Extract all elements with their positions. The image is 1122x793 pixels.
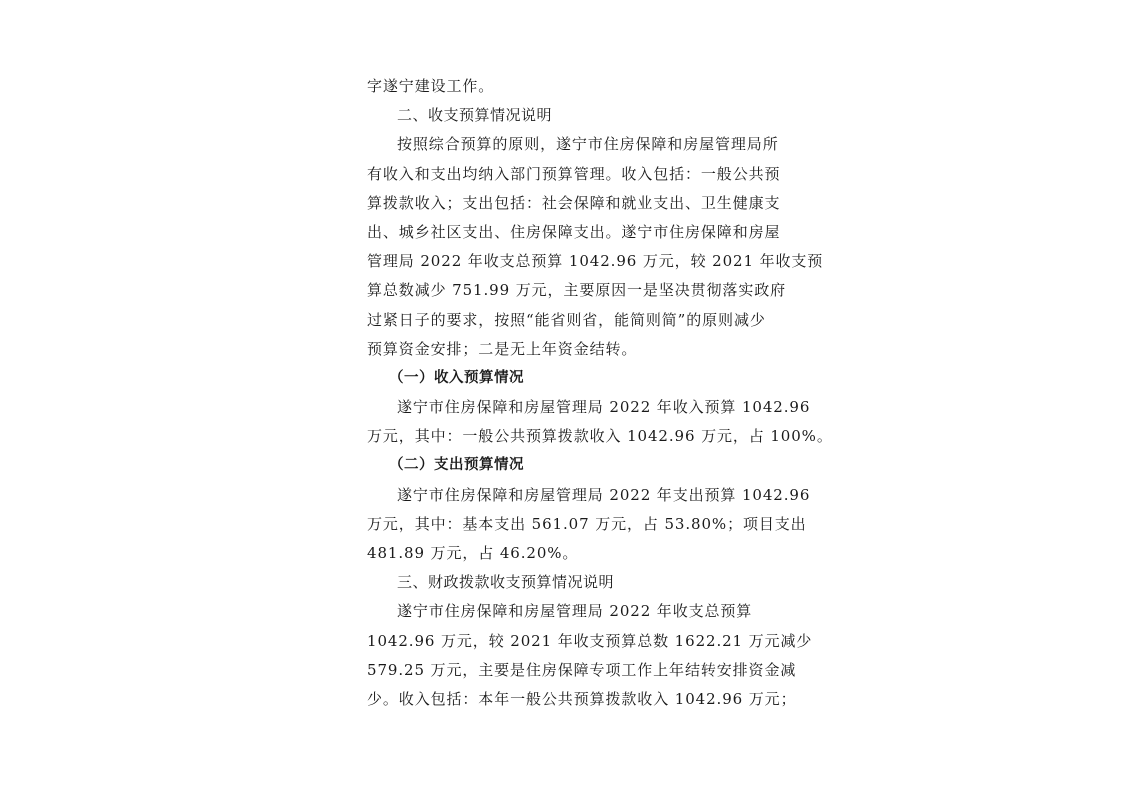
paragraph-line: 有收入和支出均纳入部门预算管理。收入包括：一般公共预 — [367, 160, 759, 189]
paragraph-line: 万元，其中：一般公共预算拨款收入 1042.96 万元，占 100%。 — [367, 422, 759, 451]
paragraph-end-line: 字遂宁建设工作。 — [367, 72, 759, 101]
section-heading-3: 三、财政拨款收支预算情况说明 — [367, 568, 759, 597]
paragraph-line: 过紧日子的要求，按照“能省则省，能简则简”的原则减少 — [367, 306, 759, 335]
paragraph-line: 算总数减少 751.99 万元，主要原因一是坚决贯彻落实政府 — [367, 276, 759, 305]
paragraph-line: 遂宁市住房保障和房屋管理局 2022 年收支总预算 — [367, 597, 759, 626]
paragraph-end-line: 481.89 万元，占 46.20%。 — [367, 539, 759, 568]
paragraph-line: 遂宁市住房保障和房屋管理局 2022 年支出预算 1042.96 — [367, 481, 759, 510]
paragraph-line: 算拨款收入；支出包括：社会保障和就业支出、卫生健康支 — [367, 189, 759, 218]
subsection-heading-income: （一）收入预算情况 — [367, 364, 759, 393]
paragraph-line: 管理局 2022 年收支总预算 1042.96 万元，较 2021 年收支预 — [367, 247, 759, 276]
paragraph-line: 579.25 万元，主要是住房保障专项工作上年结转安排资金减 — [367, 656, 759, 685]
document-page: 字遂宁建设工作。 二、收支预算情况说明 按照综合预算的原则，遂宁市住房保障和房屋… — [367, 72, 759, 714]
paragraph-end-line: 预算资金安排；二是无上年资金结转。 — [367, 335, 759, 364]
paragraph-line: 按照综合预算的原则，遂宁市住房保障和房屋管理局所 — [367, 130, 759, 159]
paragraph-line: 遂宁市住房保障和房屋管理局 2022 年收入预算 1042.96 — [367, 393, 759, 422]
paragraph-line: 万元，其中：基本支出 561.07 万元，占 53.80%；项目支出 — [367, 510, 759, 539]
paragraph-line: 少。收入包括：本年一般公共预算拨款收入 1042.96 万元； — [367, 685, 759, 714]
subsection-heading-expenditure: （二）支出预算情况 — [367, 451, 759, 480]
section-heading-2: 二、收支预算情况说明 — [367, 101, 759, 130]
paragraph-line: 1042.96 万元，较 2021 年收支预算总数 1622.21 万元减少 — [367, 627, 759, 656]
paragraph-line: 出、城乡社区支出、住房保障支出。遂宁市住房保障和房屋 — [367, 218, 759, 247]
